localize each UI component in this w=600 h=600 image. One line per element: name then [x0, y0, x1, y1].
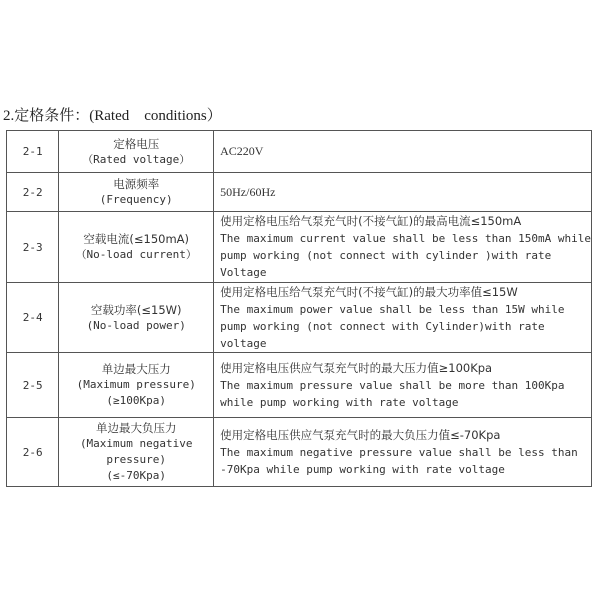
item-name: 空载功率(≤15W)(No-load power) — [59, 283, 214, 353]
table-row: 2-4空载功率(≤15W)(No-load power)使用定格电压给气泵充气时… — [7, 283, 592, 353]
item-description: AC220V — [214, 131, 592, 173]
row-number: 2-5 — [7, 353, 59, 418]
description-line: pump working (not connect with cylinder … — [220, 247, 591, 264]
item-name-line: （No-load current） — [59, 247, 213, 263]
table-row: 2-2电源频率(Frequency)50Hz/60Hz — [7, 173, 592, 212]
item-description: 使用定格电压供应气泵充气时的最大压力值≥100KpaThe maximum pr… — [214, 353, 592, 418]
description-line: The maximum current value shall be less … — [220, 230, 591, 247]
description-line: 使用定格电压给气泵充气时(不接气缸)的最大功率值≤15W — [220, 284, 591, 301]
description-line: Voltage — [220, 264, 591, 281]
item-description: 使用定格电压给气泵充气时(不接气缸)的最高电流≤150mAThe maximum… — [214, 212, 592, 283]
item-name: 空载电流(≤150mA)（No-load current） — [59, 212, 214, 283]
item-name-line: (Maximum pressure) — [59, 377, 213, 393]
table-row: 2-6单边最大负压力(Maximum negativepressure)(≤-7… — [7, 418, 592, 487]
item-name: 单边最大负压力(Maximum negativepressure)(≤-70Kp… — [59, 418, 214, 487]
description-line: 使用定格电压给气泵充气时(不接气缸)的最高电流≤150mA — [220, 213, 591, 230]
row-number: 2-4 — [7, 283, 59, 353]
item-name-line: (Maximum negative — [59, 436, 213, 452]
description-line: pump working (not connect with Cylinder)… — [220, 318, 591, 335]
item-name-line: 单边最大负压力 — [59, 420, 213, 436]
table-row: 2-1定格电压（Rated voltage）AC220V — [7, 131, 592, 173]
description-line: AC220V — [220, 143, 591, 160]
item-name-line: pressure) — [59, 452, 213, 468]
description-line: -70Kpa while pump working with rate volt… — [220, 461, 591, 478]
description-line: The maximum power value shall be less th… — [220, 301, 591, 318]
item-name-line: 定格电压 — [59, 136, 213, 152]
description-line: The maximum pressure value shall be more… — [220, 377, 591, 394]
rated-conditions-table: 2-1定格电压（Rated voltage）AC220V2-2电源频率(Freq… — [6, 130, 592, 487]
item-name-line: (≤-70Kpa) — [59, 468, 213, 484]
description-line: voltage — [220, 335, 591, 352]
item-description: 使用定格电压供应气泵充气时的最大负压力值≤-70KpaThe maximum n… — [214, 418, 592, 487]
item-name-line: (Frequency) — [59, 192, 213, 208]
row-number: 2-6 — [7, 418, 59, 487]
row-number: 2-2 — [7, 173, 59, 212]
row-number: 2-1 — [7, 131, 59, 173]
item-name-line: (No-load power) — [59, 318, 213, 334]
description-line: while pump working with rate voltage — [220, 394, 591, 411]
item-description: 50Hz/60Hz — [214, 173, 592, 212]
item-name: 单边最大压力(Maximum pressure)(≥100Kpa) — [59, 353, 214, 418]
item-name: 定格电压（Rated voltage） — [59, 131, 214, 173]
item-name-line: 电源频率 — [59, 176, 213, 192]
description-line: 50Hz/60Hz — [220, 184, 591, 201]
item-name-line: (≥100Kpa) — [59, 393, 213, 409]
table-row: 2-5单边最大压力(Maximum pressure)(≥100Kpa)使用定格… — [7, 353, 592, 418]
description-line: 使用定格电压供应气泵充气时的最大负压力值≤-70Kpa — [220, 427, 591, 444]
description-line: 使用定格电压供应气泵充气时的最大压力值≥100Kpa — [220, 360, 591, 377]
item-name: 电源频率(Frequency) — [59, 173, 214, 212]
table-row: 2-3空载电流(≤150mA)（No-load current）使用定格电压给气… — [7, 212, 592, 283]
row-number: 2-3 — [7, 212, 59, 283]
item-name-line: 单边最大压力 — [59, 361, 213, 377]
item-description: 使用定格电压给气泵充气时(不接气缸)的最大功率值≤15WThe maximum … — [214, 283, 592, 353]
item-name-line: 空载电流(≤150mA) — [59, 231, 213, 247]
item-name-line: （Rated voltage） — [59, 152, 213, 168]
section-heading: 2.定格条件：(Rated conditions） — [3, 104, 222, 125]
description-line: The maximum negative pressure value shal… — [220, 444, 591, 461]
item-name-line: 空载功率(≤15W) — [59, 302, 213, 318]
